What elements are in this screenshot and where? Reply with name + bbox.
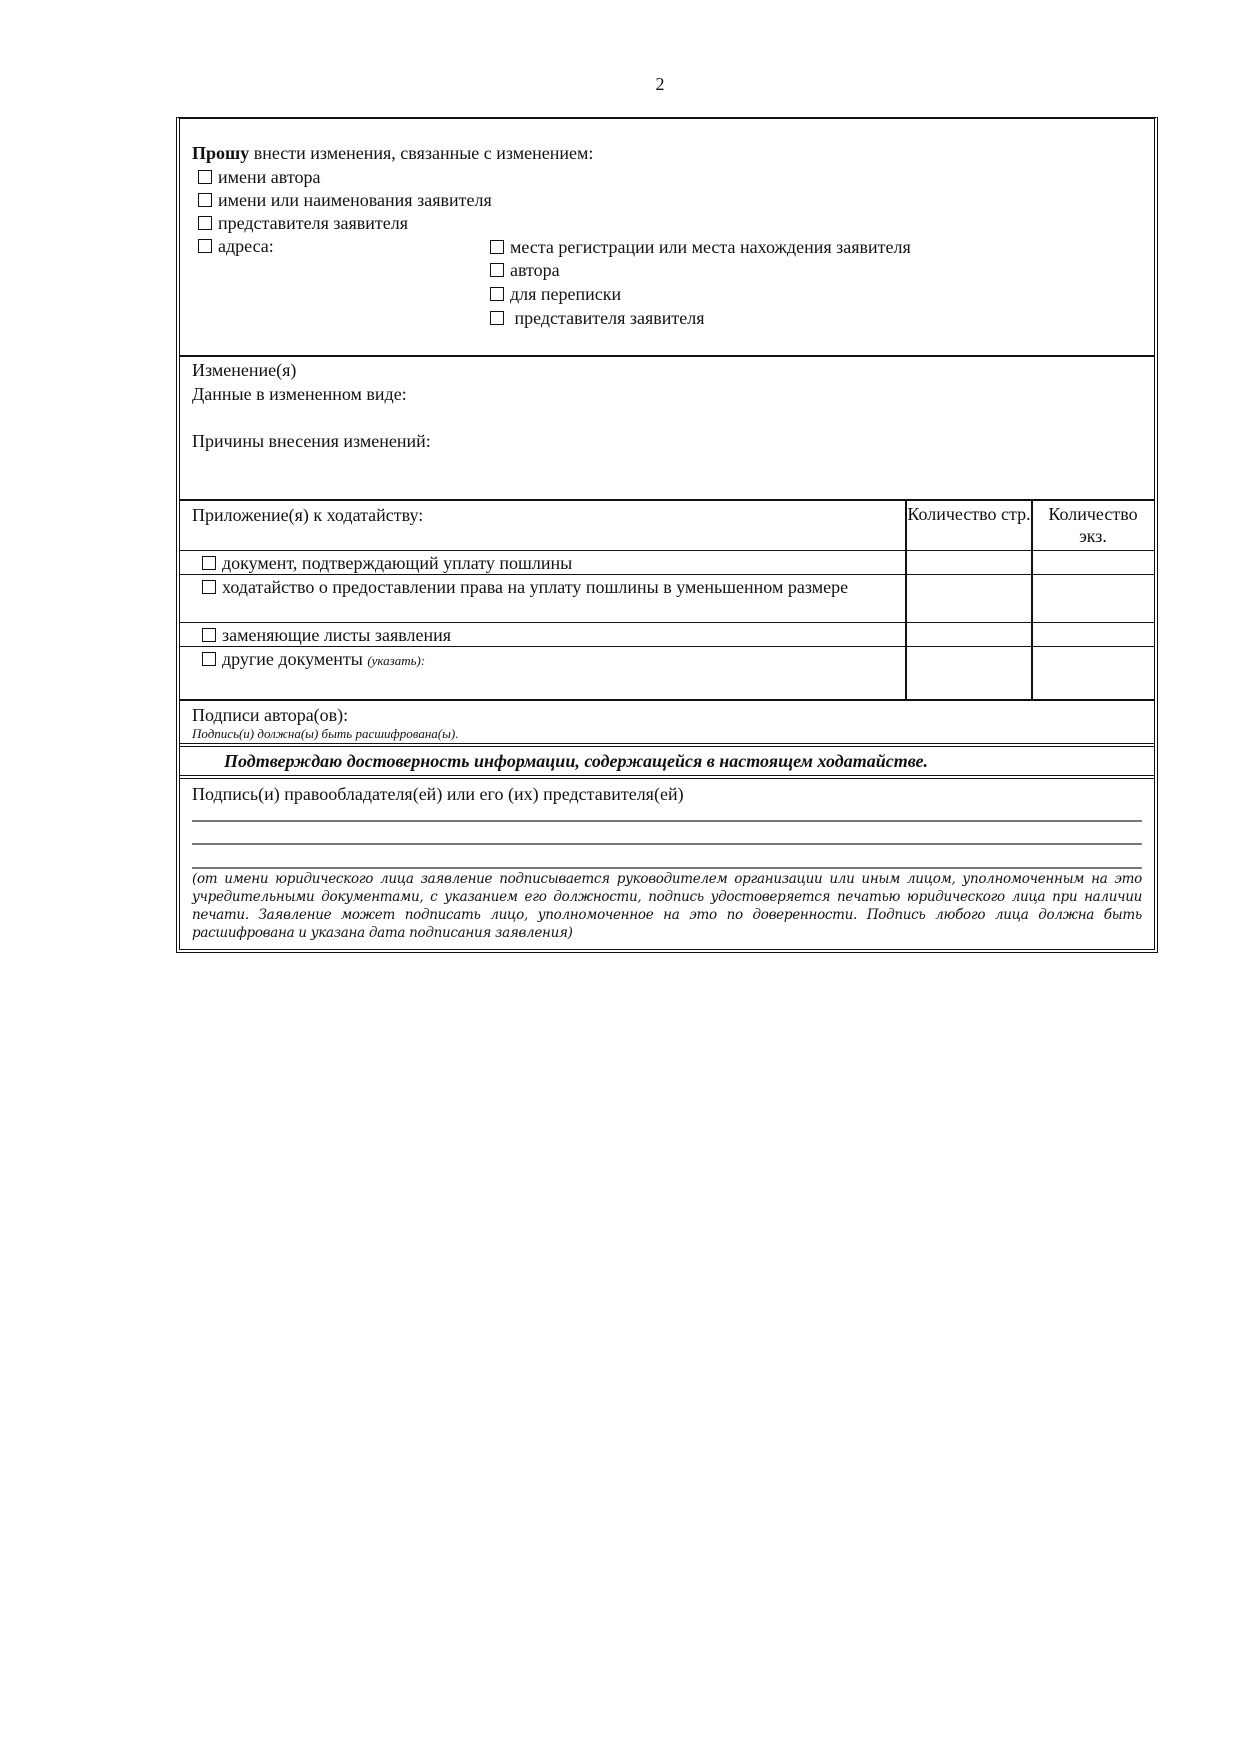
pages-cell[interactable] <box>907 647 1031 699</box>
copies-cell[interactable] <box>1033 647 1153 699</box>
changed-data-label: Данные в измененном виде: <box>192 382 407 406</box>
author-signatures-heading: Подписи автора(ов): <box>192 703 348 727</box>
attachments-heading: Приложение(я) к ходатайству: <box>192 503 423 527</box>
changes-heading: Изменение(я) <box>192 358 296 382</box>
checkbox-icon[interactable] <box>198 193 212 207</box>
attachment-row-other-documents[interactable]: другие документы (указать): <box>202 647 425 673</box>
author-signatures-note: Подпись(и) должна(ы) быть расшифрована(ы… <box>192 726 459 742</box>
attachment-row-fee-reduction[interactable]: ходатайство о предоставлении права на уп… <box>192 575 892 599</box>
request-title-text: внести изменения, связанные с изменением… <box>249 143 593 163</box>
change-reasons-field[interactable] <box>192 453 1132 493</box>
attachment-row-fee-document[interactable]: документ, подтверждающий уплату пошлины <box>202 551 572 575</box>
copies-cell[interactable] <box>1033 575 1153 622</box>
signature-line[interactable] <box>192 843 1142 845</box>
checkbox-icon[interactable] <box>198 239 212 253</box>
copies-cell[interactable] <box>1033 551 1153 574</box>
signature-line[interactable] <box>192 820 1142 822</box>
request-title-bold: Прошу <box>192 143 249 163</box>
checkbox-icon[interactable] <box>198 170 212 184</box>
attachments-table: Приложение(я) к ходатайству: Количество … <box>180 501 1154 701</box>
changes-section: Изменение(я) Данные в измененном виде: П… <box>180 357 1154 501</box>
address-option-representative[interactable]: представителя заявителя <box>490 306 704 330</box>
copies-cell[interactable] <box>1033 623 1153 646</box>
checkbox-icon[interactable] <box>490 240 504 254</box>
request-section: Прошу внести изменения, связанные с изме… <box>180 119 1154 357</box>
checkbox-icon[interactable] <box>202 628 216 642</box>
checkbox-icon[interactable] <box>202 652 216 666</box>
holder-signature-section: Подпись(и) правообладателя(ей) или его (… <box>180 779 1154 949</box>
confirmation-section: Подтверждаю достоверность информации, со… <box>180 747 1154 779</box>
address-option-correspondence[interactable]: для переписки <box>490 282 621 306</box>
holder-signature-footnote: (от имени юридического лица заявление по… <box>192 870 1142 942</box>
column-header-pages: Количество стр. <box>907 503 1031 525</box>
author-signatures-section: Подписи автора(ов): Подпись(и) должна(ы)… <box>180 701 1154 747</box>
option-author-name[interactable]: имени автора <box>198 165 320 189</box>
address-option-registration[interactable]: места регистрации или места нахождения з… <box>490 235 911 259</box>
request-title: Прошу внести изменения, связанные с изме… <box>192 141 593 165</box>
change-request-form: Прошу внести изменения, связанные с изме… <box>176 117 1158 953</box>
other-documents-note: (указать): <box>367 653 425 668</box>
page-number: 2 <box>0 72 1241 96</box>
holder-signature-heading: Подпись(и) правообладателя(ей) или его (… <box>192 782 684 806</box>
signature-line[interactable] <box>192 867 1142 869</box>
checkbox-icon[interactable] <box>202 580 216 594</box>
checkbox-icon[interactable] <box>198 216 212 230</box>
checkbox-icon[interactable] <box>490 287 504 301</box>
changed-data-field[interactable] <box>420 405 1120 425</box>
option-address[interactable]: адреса: <box>198 234 274 258</box>
address-option-author[interactable]: автора <box>490 258 560 282</box>
checkbox-icon[interactable] <box>202 556 216 570</box>
column-header-copies: Количество экз. <box>1033 503 1153 547</box>
pages-cell[interactable] <box>907 623 1031 646</box>
pages-cell[interactable] <box>907 575 1031 622</box>
option-applicant-representative[interactable]: представителя заявителя <box>198 211 408 235</box>
change-reasons-label: Причины внесения изменений: <box>192 429 431 453</box>
attachment-row-replacement-sheets[interactable]: заменяющие листы заявления <box>202 623 451 647</box>
pages-cell[interactable] <box>907 551 1031 574</box>
checkbox-icon[interactable] <box>490 311 504 325</box>
option-applicant-name[interactable]: имени или наименования заявителя <box>198 188 492 212</box>
checkbox-icon[interactable] <box>490 263 504 277</box>
confirmation-statement: Подтверждаю достоверность информации, со… <box>224 751 928 772</box>
